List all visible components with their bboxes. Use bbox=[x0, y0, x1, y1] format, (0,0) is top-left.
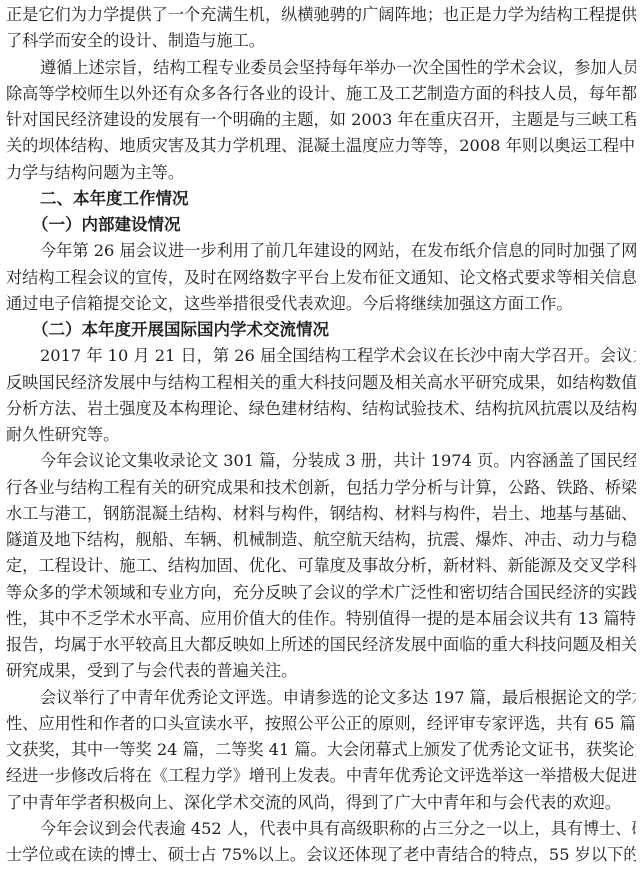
text-line: 了中青年学者积极向上、深化学术交流的风尚，得到了广大中青年和与会代表的欢迎。 bbox=[6, 790, 636, 816]
text-line: 经进一步修改后将在《工程力学》增刊上发表。中青年优秀论文评选举这一举措极大促进 bbox=[6, 763, 636, 789]
text-line: 针对国民经济建设的发展有一个明确的主题，如 2003 年在重庆召开，主题是与三峡… bbox=[6, 107, 636, 133]
text-line: 耐久性研究等。 bbox=[6, 422, 636, 448]
text-line: 了科学而安全的设计、制造与施工。 bbox=[6, 28, 636, 54]
text-line: 报告，均属于水平较高且大都反映如上所述的国民经济发展中面临的重大科技问题及相关 bbox=[6, 632, 636, 658]
text-line: 关的坝体结构、地质灾害及其力学机理、混凝土温度应力等等，2008 年则以奥运工程… bbox=[6, 133, 636, 159]
paragraph-start-line: 2017 年 10 月 21 日，第 26 届全国结构工程学术会议在长沙中南大学… bbox=[6, 343, 636, 369]
text-line: 除高等学校师生以外还有众多各行各业的设计、施工及工艺制造方面的科技人员，每年都 bbox=[6, 81, 636, 107]
subsection-heading: （二）本年度开展国际国内学术交流情况 bbox=[6, 317, 636, 343]
subsection-heading: （一）内部建设情况 bbox=[6, 212, 636, 238]
text-line: 等众多的学术领域和专业方向，充分反映了会议的学术广泛性和密切结合国民经济的实践 bbox=[6, 580, 636, 606]
text-line: 分析方法、岩土强度及本构理论、绿色建材结构、结构试验技术、结构抗风抗震以及结构 bbox=[6, 396, 636, 422]
text-line: 研究成果，受到了与会代表的普遍关注。 bbox=[6, 658, 636, 684]
text-line: 行各业与结构工程有关的研究成果和技术创新，包括力学分析与计算，公路、铁路、桥梁、 bbox=[6, 475, 636, 501]
paragraph-start-line: 会议举行了中青年优秀论文评选。申请参选的论文多达 197 篇，最后根据论文的学术 bbox=[6, 685, 636, 711]
document-page: 正是它们为力学提供了一个充满生机，纵横驰骋的广阔阵地；也正是力学为结构工程提供 … bbox=[6, 2, 636, 868]
text-line: 反映国民经济发展中与结构工程相关的重大科技问题及相关高水平研究成果，如结构数值 bbox=[6, 370, 636, 396]
text-line: 性，其中不乏学术水平高、应用价值大的佳作。特别值得一提的是本届会议共有 13 篇… bbox=[6, 606, 636, 632]
paragraph-start-line: 遵循上述宗旨，结构工程专业委员会坚持每年举办一次全国性的学术会议，参加人员 bbox=[6, 55, 636, 81]
text-line: 对结构工程会议的宣传，及时在网络数字平台上发布征文通知、论文格式要求等相关信息， bbox=[6, 265, 636, 291]
paragraph-start-line: 今年会议论文集收录论文 301 篇，分装成 3 册，共计 1974 页。内容涵盖… bbox=[6, 448, 636, 474]
text-line: 性、应用性和作者的口头宣读水平，按照公平公正的原则，经评审专家评选，共有 65 … bbox=[6, 711, 636, 737]
text-line: 力学与结构问题为主等。 bbox=[6, 160, 636, 186]
text-line: 隧道及地下结构，舰船、车辆、机械制造、航空航天结构，抗震、爆炸、冲击、动力与稳 bbox=[6, 527, 636, 553]
text-line: 正是它们为力学提供了一个充满生机，纵横驰骋的广阔阵地；也正是力学为结构工程提供 bbox=[6, 2, 636, 28]
text-line: 士学位或在读的博士、硕士占 75%以上。会议还体现了老中青结合的特点，55 岁以… bbox=[6, 842, 636, 868]
text-line: 定，工程设计、施工、结构加固、优化、可靠度及事故分析，新材料、新能源及交叉学科 bbox=[6, 553, 636, 579]
paragraph-start-line: 今年第 26 届会议进一步利用了前几年建设的网站，在发布纸介信息的同时加强了网上 bbox=[6, 238, 636, 264]
section-heading: 二、本年度工作情况 bbox=[6, 186, 636, 212]
text-line: 水工与港工，钢筋混凝土结构、材料与构件，钢结构、材料与构件，岩土、地基与基础、 bbox=[6, 501, 636, 527]
text-line: 通过电子信箱提交论文，这些举措很受代表欢迎。今后将继续加强这方面工作。 bbox=[6, 291, 636, 317]
paragraph-start-line: 今年会议到会代表逾 452 人，代表中具有高级职称的占三分之一以上，具有博士、硕 bbox=[6, 816, 636, 842]
text-line: 文获奖，其中一等奖 24 篇，二等奖 41 篇。大会闭幕式上颁发了优秀论文证书，… bbox=[6, 737, 636, 763]
